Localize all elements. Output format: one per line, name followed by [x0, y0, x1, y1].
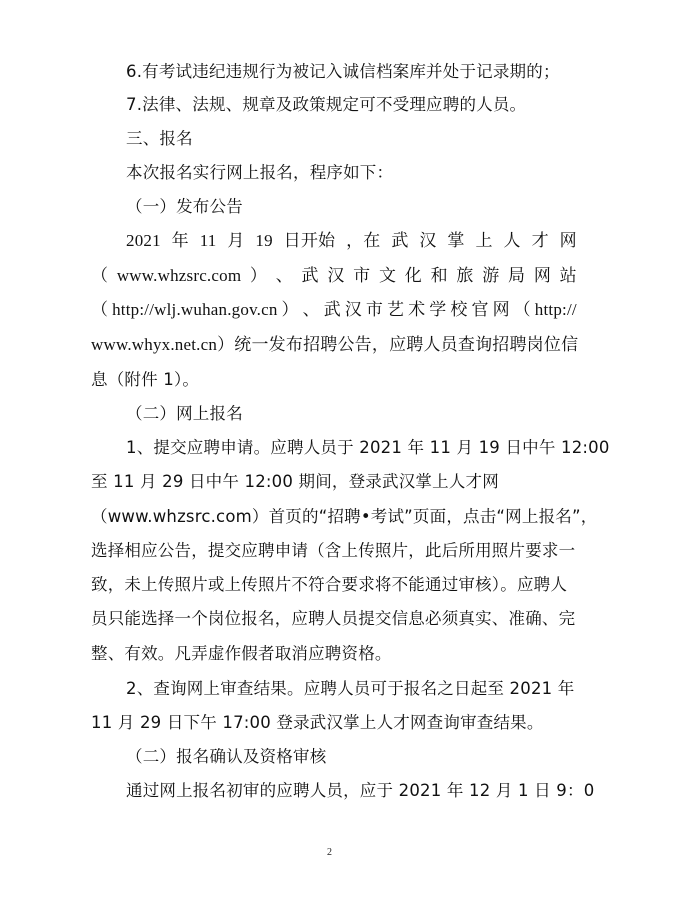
word: 局 [508, 259, 525, 293]
word: （ [514, 293, 531, 327]
word: （ [91, 259, 108, 293]
text-line-whyx-site: www.whyx.net.cn）统一发布招聘公告，应聘人员查询招聘岗位信 [91, 328, 591, 362]
word: 年 [172, 224, 189, 258]
document-page: 6.有考试违纪违规行为被记入诚信档案库并处于记录期的； 7.法律、法规、规章及政… [0, 0, 682, 914]
text-line-photo-requirement: 致，未上传照片或上传照片不符合要求将不能通过审核）。应聘人 [91, 568, 591, 602]
text-line-confirmation-date: 通过网上报名初审的应聘人员，应于 2021 年 12 月 1 日 9：0 [126, 774, 591, 808]
word: 武 [324, 293, 341, 327]
word: 才 [532, 224, 549, 258]
text-line-one-position: 员只能选择一个岗位报名，应聘人员提交信息必须真实、准确、完 [91, 602, 591, 636]
word: （ [91, 293, 108, 327]
text-line-deadline: 至 11 月 29 日中午 12:00 期间，登录武汉掌上人才网 [91, 465, 591, 499]
text-line-item-7: 7.法律、法规、规章及政策规定可不受理应聘的人员。 [126, 88, 591, 122]
word: 汉 [419, 224, 436, 258]
word: 化 [405, 259, 422, 293]
word: 网 [534, 259, 551, 293]
word: 2021 [126, 224, 161, 258]
word: 艺 [387, 293, 404, 327]
word: 官 [471, 293, 488, 327]
word: 和 [431, 259, 448, 293]
text-line-query-results: 2、查询网上审查结果。应聘人员可于报名之日起至 2021 年 [126, 672, 591, 706]
word: 月 [227, 224, 244, 258]
word: 上 [475, 224, 492, 258]
text-line-attachment: 息（附件 1）。 [91, 363, 591, 397]
word: 汉 [345, 293, 362, 327]
word: 、 [303, 293, 320, 327]
word: 校 [450, 293, 467, 327]
word: 汉 [327, 259, 344, 293]
subheading-confirmation-review: （二）报名确认及资格审核 [126, 740, 591, 774]
link-wlj-wuhan[interactable]: http://wlj.wuhan.gov.cn [112, 293, 277, 327]
page-number: 2 [327, 847, 332, 858]
word: 、 [276, 259, 293, 293]
text-line-publish-date: 2021 年 11 月 19 日开始 ，在 武 汉 掌 上 人 才 网 [126, 224, 577, 258]
subheading-publish-notice: （一）发布公告 [126, 190, 591, 224]
word: 掌 [447, 224, 464, 258]
text-line-whzsrc-site: （ www.whzsrc.com ） 、 武 汉 市 文 化 和 旅 游 局 网… [91, 259, 577, 293]
word: ） [250, 259, 267, 293]
word: 市 [366, 293, 383, 327]
text-line-query-deadline: 11 月 29 日下午 17:00 登录武汉掌上人才网查询审查结果。 [91, 706, 591, 740]
link-whyx[interactable]: http:// [535, 293, 577, 327]
word: 市 [353, 259, 370, 293]
word: 日开始 [284, 224, 336, 258]
word: 网 [493, 293, 510, 327]
word: 武 [302, 259, 319, 293]
text-line-item-6: 6.有考试违纪违规行为被记入诚信档案库并处于记录期的； [126, 55, 591, 89]
word: ） [281, 293, 298, 327]
word: 术 [408, 293, 425, 327]
word: 网 [560, 224, 577, 258]
word: 学 [429, 293, 446, 327]
link-whzsrc[interactable]: www.whzsrc.com [117, 259, 241, 293]
text-line-fraud-warning: 整、有效。凡弄虚作假者取消应聘资格。 [91, 637, 591, 671]
word: 19 [255, 224, 272, 258]
text-line-choose-notice: 选择相应公告，提交应聘申请（含上传照片，此后所用照片要求一 [91, 534, 591, 568]
word: 文 [379, 259, 396, 293]
word: ，在 [346, 224, 380, 258]
word: 人 [504, 224, 521, 258]
word: 武 [391, 224, 408, 258]
word: 游 [482, 259, 499, 293]
word: 站 [560, 259, 577, 293]
word: 旅 [456, 259, 473, 293]
text-line-wlj-site: （ http://wlj.wuhan.gov.cn ） 、 武 汉 市 艺 术 … [91, 293, 577, 327]
subheading-online-registration: （二）网上报名 [126, 397, 591, 431]
section-heading-registration: 三、报名 [126, 122, 591, 156]
text-line-homepage: （www.whzsrc.com）首页的“招聘•考试”页面，点击“网上报名”， [91, 500, 591, 534]
text-line-submit-application: 1、提交应聘申请。应聘人员于 2021 年 11 月 19 日中午 12:00 [126, 431, 591, 465]
text-line-intro: 本次报名实行网上报名，程序如下： [126, 156, 591, 190]
word: 11 [200, 224, 217, 258]
